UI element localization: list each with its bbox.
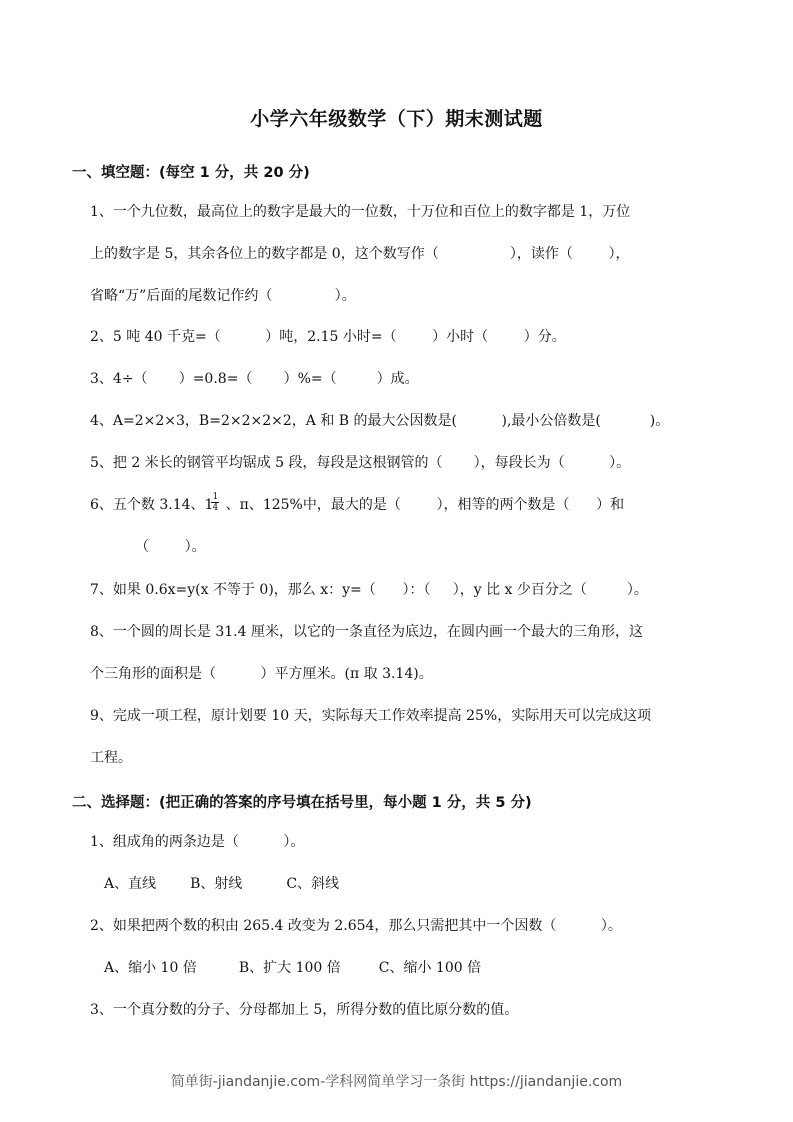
option-b: B、射线 <box>190 876 242 892</box>
fraction: 14 <box>211 492 219 513</box>
question-line: 4、A=2×2×3，B=2×2×2×2，A 和 B 的最大公因数是( ),最小公… <box>90 412 669 430</box>
option-a: A、缩小 10 倍 <box>104 960 197 976</box>
question-line: 1、一个九位数，最高位上的数字是最大的一位数，十万位和百位上的数字都是 1，万位 <box>90 203 630 221</box>
option-c: C、斜线 <box>286 876 339 892</box>
section-heading-fill-blank: 一、填空题：(每空 1 分，共 20 分) <box>72 161 310 182</box>
option-b: B、扩大 100 倍 <box>239 960 341 976</box>
choice-options: A、缩小 10 倍B、扩大 100 倍C、缩小 100 倍 <box>104 959 481 977</box>
question-line: 省略“万”后面的尾数记作约（ ）。 <box>90 287 356 305</box>
q6-before: 6、五个数 3.14、1 <box>90 497 213 513</box>
q6-after: 、π、125%中，最大的是（ ），相等的两个数是（ ）和 <box>221 497 624 513</box>
question-line: 工程。 <box>90 749 132 767</box>
question-line-6: 6、五个数 3.14、114 、π、125%中，最大的是（ ），相等的两个数是（… <box>90 496 624 514</box>
question-line: 3、4÷（ ）=0.8=（ ）%=（ ）成。 <box>90 370 419 388</box>
page-title: 小学六年级数学（下）期末测试题 <box>0 104 793 131</box>
section-heading-multiple-choice: 二、选择题：(把正确的答案的序号填在括号里，每小题 1 分，共 5 分) <box>72 791 532 812</box>
question-line: 8、一个圆的周长是 31.4 厘米，以它的一条直径为底边，在圆内画一个最大的三角… <box>90 623 643 641</box>
choice-options: A、直线B、射线C、斜线 <box>104 875 339 893</box>
footer-watermark: 简单街-jiandanjie.com-学科网简单学习一条街 https://ji… <box>0 1071 793 1091</box>
option-a: A、直线 <box>104 876 156 892</box>
question-line: （ ）。 <box>135 538 206 556</box>
choice-question: 3、一个真分数的分子、分母都加上 5，所得分数的值比原分数的值。 <box>90 1001 518 1019</box>
question-line: 上的数字是 5，其余各位上的数字都是 0，这个数写作（ ），读作（ ）， <box>90 245 630 263</box>
fraction-numerator: 1 <box>211 492 219 503</box>
choice-question: 1、组成角的两条边是（ ）。 <box>90 833 304 851</box>
question-line: 9、完成一项工程，原计划要 10 天，实际每天工作效率提高 25%，实际用天可以… <box>90 707 651 725</box>
option-c: C、缩小 100 倍 <box>379 960 481 976</box>
question-line: 7、如果 0.6x=y(x 不等于 0)，那么 x：y=（ ）：（ ），y 比 … <box>90 581 648 599</box>
fraction-denominator: 4 <box>211 503 219 513</box>
question-line: 5、把 2 米长的钢管平均锯成 5 段，每段是这根钢管的（ ），每段长为（ ）。 <box>90 454 630 472</box>
question-line: 2、5 吨 40 千克=（ ）吨，2.15 小时=（ ）小时（ ）分。 <box>90 328 566 346</box>
question-line: 个三角形的面积是（ ）平方厘米。(π 取 3.14)。 <box>90 665 433 683</box>
choice-question: 2、如果把两个数的积由 265.4 改变为 2.654，那么只需把其中一个因数（… <box>90 917 622 935</box>
